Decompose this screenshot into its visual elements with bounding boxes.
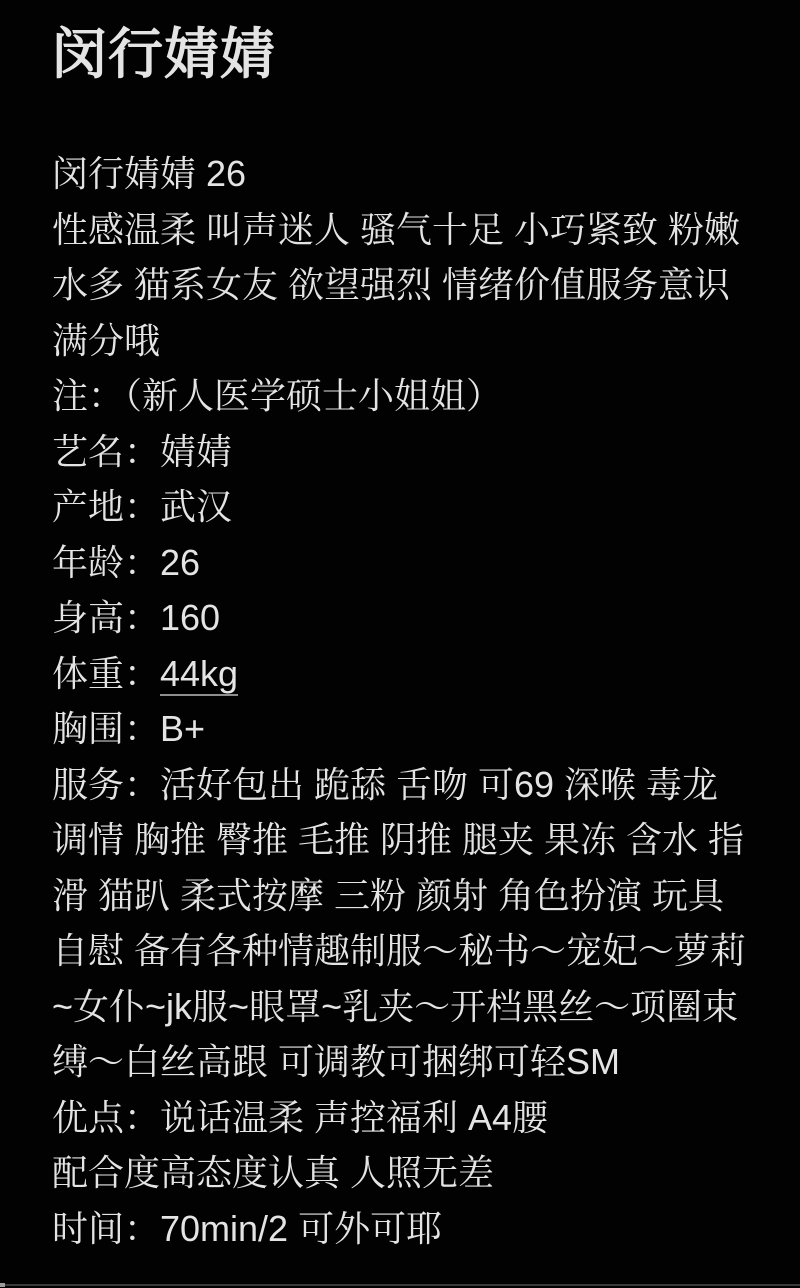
text-line-name-age: 闵行婧婧 26 <box>52 146 772 202</box>
weight-value-link[interactable]: 44kg <box>160 653 238 696</box>
text-line-stage-name: 艺名：婧婧 <box>52 424 772 480</box>
page-title: 闵行婧婧 <box>52 27 276 82</box>
text-line-description-1: 性感温柔 叫声迷人 骚气十足 小巧紧致 粉嫩 <box>52 202 772 258</box>
bottom-divider-left-nub <box>0 1283 5 1287</box>
bottom-divider <box>0 1284 800 1286</box>
text-line-services-2: 调情 胸推 臀推 毛推 阴推 腿夹 果冻 含水 指 <box>52 812 772 868</box>
text-line-description-2: 水多 猫系女友 欲望强烈 情绪价值服务意识 <box>52 257 772 313</box>
text-line-attitude: 配合度高态度认真 人照无差 <box>52 1145 772 1201</box>
text-line-time: 时间：70min/2 可外可耶 <box>52 1201 772 1257</box>
text-line-weight: 体重：44kg <box>52 646 772 702</box>
text-line-services-4: 自慰 备有各种情趣制服～秘书～宠妃～萝莉 <box>52 923 772 979</box>
text-line-advantages: 优点：说话温柔 声控福利 A4腰 <box>52 1090 772 1146</box>
profile-text-block: 闵行婧婧 26 性感温柔 叫声迷人 骚气十足 小巧紧致 粉嫩 水多 猫系女友 欲… <box>52 146 772 1256</box>
text-line-services-1: 服务：活好包出 跪舔 舌吻 可69 深喉 毒龙 <box>52 757 772 813</box>
text-line-cup: 胸围：B+ <box>52 701 772 757</box>
document-page: 闵行婧婧 闵行婧婧 26 性感温柔 叫声迷人 骚气十足 小巧紧致 粉嫩 水多 猫… <box>0 0 800 1288</box>
text-line-height: 身高：160 <box>52 590 772 646</box>
text-line-note: 注：（新人医学硕士小姐姐） <box>52 368 772 424</box>
text-line-services-5: ~女仆~jk服~眼罩~乳夹～开档黑丝～项圈束 <box>52 979 772 1035</box>
text-line-description-3: 满分哦 <box>52 313 772 369</box>
text-line-services-3: 滑 猫趴 柔式按摩 三粉 颜射 角色扮演 玩具 <box>52 868 772 924</box>
weight-label: 体重： <box>52 653 160 694</box>
text-line-services-6: 缚～白丝高跟 可调教可捆绑可轻SM <box>52 1034 772 1090</box>
text-line-origin: 产地：武汉 <box>52 479 772 535</box>
text-line-age: 年龄：26 <box>52 535 772 591</box>
